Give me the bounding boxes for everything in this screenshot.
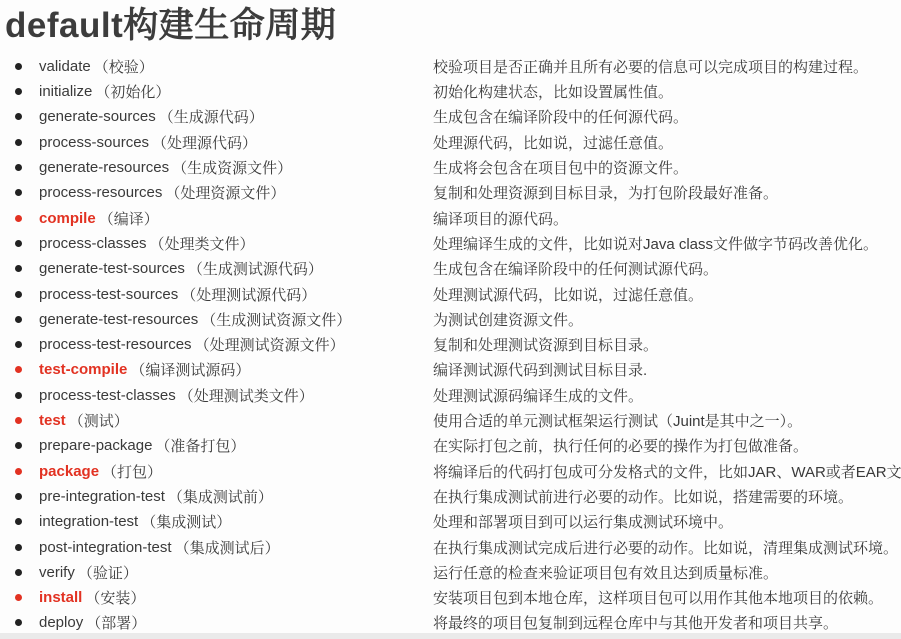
- bullet-icon: [15, 113, 22, 120]
- bullet-icon: [15, 164, 22, 171]
- phase-chinese-label: （集成测试）: [141, 511, 231, 532]
- phase-name: generate-sources: [39, 108, 156, 125]
- phase-description: 编译测试源代码到测试目标目录.: [433, 359, 901, 380]
- phase-chinese-label: （初始化）: [95, 81, 170, 102]
- phase-description: 生成将会包含在项目包中的资源文件。: [433, 157, 901, 178]
- phase-chinese-label: （生成测试资源文件）: [201, 309, 351, 330]
- phase-row: process-classes （处理类文件） 处理编译生成的文件，比如说对Ja…: [0, 231, 901, 256]
- phase-name: process-classes: [39, 235, 147, 252]
- phase-description: 将最终的项目包复制到远程仓库中与其他开发者和项目共享。: [433, 612, 901, 633]
- phase-chinese-label: （准备打包）: [155, 435, 245, 456]
- phase-row: integration-test （集成测试） 处理和部署项目到可以运行集成测试…: [0, 509, 901, 534]
- phase-name: prepare-package: [39, 437, 152, 454]
- phase-name: test: [39, 412, 66, 429]
- phase-chinese-label: （测试）: [69, 410, 129, 431]
- phase-label-cell: prepare-package （准备打包）: [0, 435, 433, 456]
- phase-description: 安装项目包到本地仓库，这样项目包可以用作其他本地项目的依赖。: [433, 587, 901, 608]
- phase-description: 复制和处理资源到目标目录，为打包阶段最好准备。: [433, 182, 901, 203]
- phase-label-cell: test （测试）: [0, 410, 433, 431]
- phase-chinese-label: （处理资源文件）: [165, 182, 285, 203]
- bullet-icon: [15, 240, 22, 247]
- phase-row: verify （验证） 运行任意的检查来验证项目包有效且达到质量标准。: [0, 560, 901, 585]
- phase-name: initialize: [39, 83, 92, 100]
- phase-chinese-label: （生成源代码）: [159, 106, 264, 127]
- phase-label-cell: initialize （初始化）: [0, 81, 433, 102]
- phase-label-cell: validate （校验）: [0, 56, 433, 77]
- phase-chinese-label: （安装）: [85, 587, 145, 608]
- phase-name: integration-test: [39, 513, 138, 530]
- phase-row: package （打包） 将编译后的代码打包成可分发格式的文件，比如JAR、WA…: [0, 459, 901, 484]
- phase-label-cell: integration-test （集成测试）: [0, 511, 433, 532]
- phase-row: process-sources （处理源代码） 处理源代码，比如说，过滤任意值。: [0, 130, 901, 155]
- bullet-icon: [15, 544, 22, 551]
- phase-label-cell: generate-test-sources （生成测试源代码）: [0, 258, 433, 279]
- phase-row: generate-test-resources （生成测试资源文件） 为测试创建…: [0, 307, 901, 332]
- phase-label-cell: pre-integration-test （集成测试前）: [0, 486, 433, 507]
- phase-label-cell: process-resources （处理资源文件）: [0, 182, 433, 203]
- phase-chinese-label: （处理测试资源文件）: [195, 334, 345, 355]
- phase-description: 处理源代码，比如说，过滤任意值。: [433, 132, 901, 153]
- phase-chinese-label: （处理测试类文件）: [179, 385, 314, 406]
- phase-label-cell: compile （编译）: [0, 208, 433, 229]
- phase-name: process-test-sources: [39, 286, 178, 303]
- phase-label-cell: post-integration-test （集成测试后）: [0, 537, 433, 558]
- phase-description: 初始化构建状态，比如设置属性值。: [433, 81, 901, 102]
- bullet-icon: [15, 265, 22, 272]
- phase-description: 处理测试源代码，比如说，过滤任意值。: [433, 284, 901, 305]
- phase-name: post-integration-test: [39, 539, 172, 556]
- phase-row: compile （编译） 编译项目的源代码。: [0, 206, 901, 231]
- phase-name: verify: [39, 564, 75, 581]
- phase-row: post-integration-test （集成测试后） 在执行集成测试完成后…: [0, 534, 901, 559]
- phase-row: process-test-resources （处理测试资源文件） 复制和处理测…: [0, 332, 901, 357]
- phase-label-cell: generate-sources （生成源代码）: [0, 106, 433, 127]
- phase-label-cell: deploy （部署）: [0, 612, 433, 633]
- phase-description: 在执行集成测试前进行必要的动作。比如说，搭建需要的环境。: [433, 486, 901, 507]
- phase-label-cell: process-sources （处理源代码）: [0, 132, 433, 153]
- phase-name: install: [39, 589, 82, 606]
- phase-row: test （测试） 使用合适的单元测试框架运行测试（Juint是其中之一）。: [0, 408, 901, 433]
- bullet-icon: [15, 442, 22, 449]
- phase-row: process-resources （处理资源文件） 复制和处理资源到目标目录，…: [0, 180, 901, 205]
- phase-row: generate-test-sources （生成测试源代码） 生成包含在编译阶…: [0, 256, 901, 281]
- bullet-icon: [15, 341, 22, 348]
- bullet-icon: [15, 518, 22, 525]
- bullet-icon: [15, 139, 22, 146]
- phase-label-cell: install （安装）: [0, 587, 433, 608]
- phase-chinese-label: （打包）: [102, 461, 162, 482]
- phase-chinese-label: （生成资源文件）: [172, 157, 292, 178]
- phase-description: 使用合适的单元测试框架运行测试（Juint是其中之一）。: [433, 410, 901, 431]
- phase-description: 编译项目的源代码。: [433, 208, 901, 229]
- bullet-icon: [15, 468, 22, 475]
- phase-name: pre-integration-test: [39, 488, 165, 505]
- phase-name: process-test-resources: [39, 336, 192, 353]
- phase-row: generate-resources （生成资源文件） 生成将会包含在项目包中的…: [0, 155, 901, 180]
- phase-chinese-label: （处理源代码）: [152, 132, 257, 153]
- phase-label-cell: package （打包）: [0, 461, 433, 482]
- phase-row: test-compile （编译测试源码） 编译测试源代码到测试目标目录.: [0, 357, 901, 382]
- phase-row: initialize （初始化） 初始化构建状态，比如设置属性值。: [0, 79, 901, 104]
- phase-chinese-label: （部署）: [86, 612, 146, 633]
- phase-description: 复制和处理测试资源到目标目录。: [433, 334, 901, 355]
- phase-label-cell: process-test-classes （处理测试类文件）: [0, 385, 433, 406]
- bullet-icon: [15, 291, 22, 298]
- phase-chinese-label: （集成测试后）: [175, 537, 280, 558]
- phase-row: process-test-sources （处理测试源代码） 处理测试源代码，比…: [0, 281, 901, 306]
- phase-description: 处理测试源码编译生成的文件。: [433, 385, 901, 406]
- phase-label-cell: process-test-sources （处理测试源代码）: [0, 284, 433, 305]
- phase-name: generate-resources: [39, 159, 169, 176]
- phase-chinese-label: （校验）: [94, 56, 154, 77]
- phase-row: validate （校验） 校验项目是否正确并且所有必要的信息可以完成项目的构建…: [0, 54, 901, 79]
- phase-description: 处理和部署项目到可以运行集成测试环境中。: [433, 511, 901, 532]
- bullet-icon: [15, 493, 22, 500]
- phase-name: process-resources: [39, 184, 162, 201]
- phase-chinese-label: （集成测试前）: [168, 486, 273, 507]
- bullet-icon: [15, 619, 22, 626]
- bullet-icon: [15, 189, 22, 196]
- phase-name: package: [39, 463, 99, 480]
- phase-description: 在实际打包之前，执行任何的必要的操作为打包做准备。: [433, 435, 901, 456]
- phase-description: 运行任意的检查来验证项目包有效且达到质量标准。: [433, 562, 901, 583]
- phase-description: 生成包含在编译阶段中的任何源代码。: [433, 106, 901, 127]
- bullet-icon: [15, 316, 22, 323]
- bullet-icon: [15, 366, 22, 373]
- phase-name: process-sources: [39, 134, 149, 151]
- phase-name: validate: [39, 58, 91, 75]
- phase-label-cell: process-test-resources （处理测试资源文件）: [0, 334, 433, 355]
- phase-name: compile: [39, 210, 96, 227]
- phase-name: generate-test-sources: [39, 260, 185, 277]
- phase-description: 将编译后的代码打包成可分发格式的文件，比如JAR、WAR或者EAR文件。: [433, 461, 901, 482]
- bullet-icon: [15, 63, 22, 70]
- phase-description: 处理编译生成的文件，比如说对Java class文件做字节码改善优化。: [433, 233, 901, 254]
- phase-chinese-label: （验证）: [78, 562, 138, 583]
- phase-description: 为测试创建资源文件。: [433, 309, 901, 330]
- phase-row: pre-integration-test （集成测试前） 在执行集成测试前进行必…: [0, 484, 901, 509]
- phase-label-cell: generate-test-resources （生成测试资源文件）: [0, 309, 433, 330]
- bullet-icon: [15, 594, 22, 601]
- phase-row: deploy （部署） 将最终的项目包复制到远程仓库中与其他开发者和项目共享。: [0, 610, 901, 635]
- phase-label-cell: test-compile （编译测试源码）: [0, 359, 433, 380]
- bullet-icon: [15, 88, 22, 95]
- phase-chinese-label: （编译）: [99, 208, 159, 229]
- phase-chinese-label: （处理类文件）: [150, 233, 255, 254]
- phase-list: validate （校验） 校验项目是否正确并且所有必要的信息可以完成项目的构建…: [0, 54, 901, 636]
- phase-name: generate-test-resources: [39, 311, 198, 328]
- bottom-edge-strip: [0, 633, 901, 639]
- bullet-icon: [15, 569, 22, 576]
- phase-name: deploy: [39, 614, 83, 631]
- phase-chinese-label: （处理测试源代码）: [181, 284, 316, 305]
- phase-chinese-label: （生成测试源代码）: [188, 258, 323, 279]
- phase-row: process-test-classes （处理测试类文件） 处理测试源码编译生…: [0, 383, 901, 408]
- bullet-icon: [15, 215, 22, 222]
- phase-name: test-compile: [39, 361, 127, 378]
- phase-name: process-test-classes: [39, 387, 176, 404]
- page-title: default构建生命周期: [5, 4, 901, 48]
- bullet-icon: [15, 392, 22, 399]
- phase-description: 生成包含在编译阶段中的任何测试源代码。: [433, 258, 901, 279]
- phase-chinese-label: （编译测试源码）: [130, 359, 250, 380]
- bullet-icon: [15, 417, 22, 424]
- phase-label-cell: generate-resources （生成资源文件）: [0, 157, 433, 178]
- phase-description: 在执行集成测试完成后进行必要的动作。比如说，清理集成测试环境。: [433, 537, 901, 558]
- phase-label-cell: verify （验证）: [0, 562, 433, 583]
- phase-row: prepare-package （准备打包） 在实际打包之前，执行任何的必要的操…: [0, 433, 901, 458]
- phase-description: 校验项目是否正确并且所有必要的信息可以完成项目的构建过程。: [433, 56, 901, 77]
- phase-row: install （安装） 安装项目包到本地仓库，这样项目包可以用作其他本地项目的…: [0, 585, 901, 610]
- phase-label-cell: process-classes （处理类文件）: [0, 233, 433, 254]
- phase-row: generate-sources （生成源代码） 生成包含在编译阶段中的任何源代…: [0, 104, 901, 129]
